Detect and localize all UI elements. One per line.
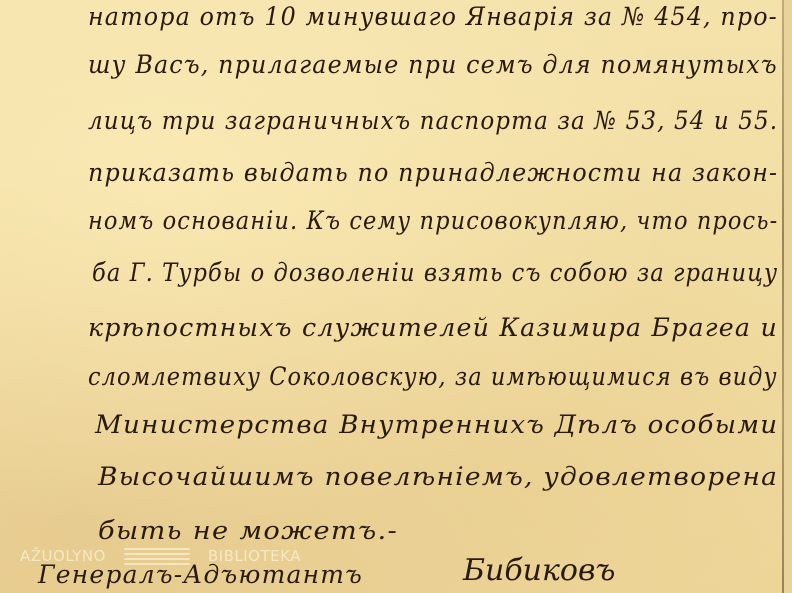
text-line-10: Высочайшимъ повелѣніемъ, удовлетворена [98,462,778,491]
closing-title: Генералъ-Адъютантъ [38,560,363,589]
text-line-6: ба Г. Турбы о дозволеніи взять съ собою … [92,258,778,287]
text-line-11: быть не можетъ.- [98,516,398,545]
text-line-8: сломлетвиху Соколовскую, за имѣющимися в… [88,362,778,391]
text-line-5: номъ основаніи. Къ сему присовокупляю, ч… [88,206,778,235]
text-line-7: крѣпостныхъ служителей Казимира Брагеа и [88,313,778,342]
document-page: натора отъ 10 минувшаго Январія за № 454… [0,0,792,593]
text-line-3: лицъ три заграничныхъ паспорта за № 53, … [88,106,778,135]
text-line-4: приказать выдать по принадлежности на за… [88,158,778,187]
text-line-9: Министерства Внутреннихъ Дѣлъ особыми [95,410,778,439]
text-line-1: натора отъ 10 минувшаго Январія за № 454… [88,2,778,31]
right-margin [784,0,792,593]
text-line-2: шу Васъ, прилагаемые при семъ для помяну… [88,50,778,79]
signature: Бибиковъ [463,553,615,588]
